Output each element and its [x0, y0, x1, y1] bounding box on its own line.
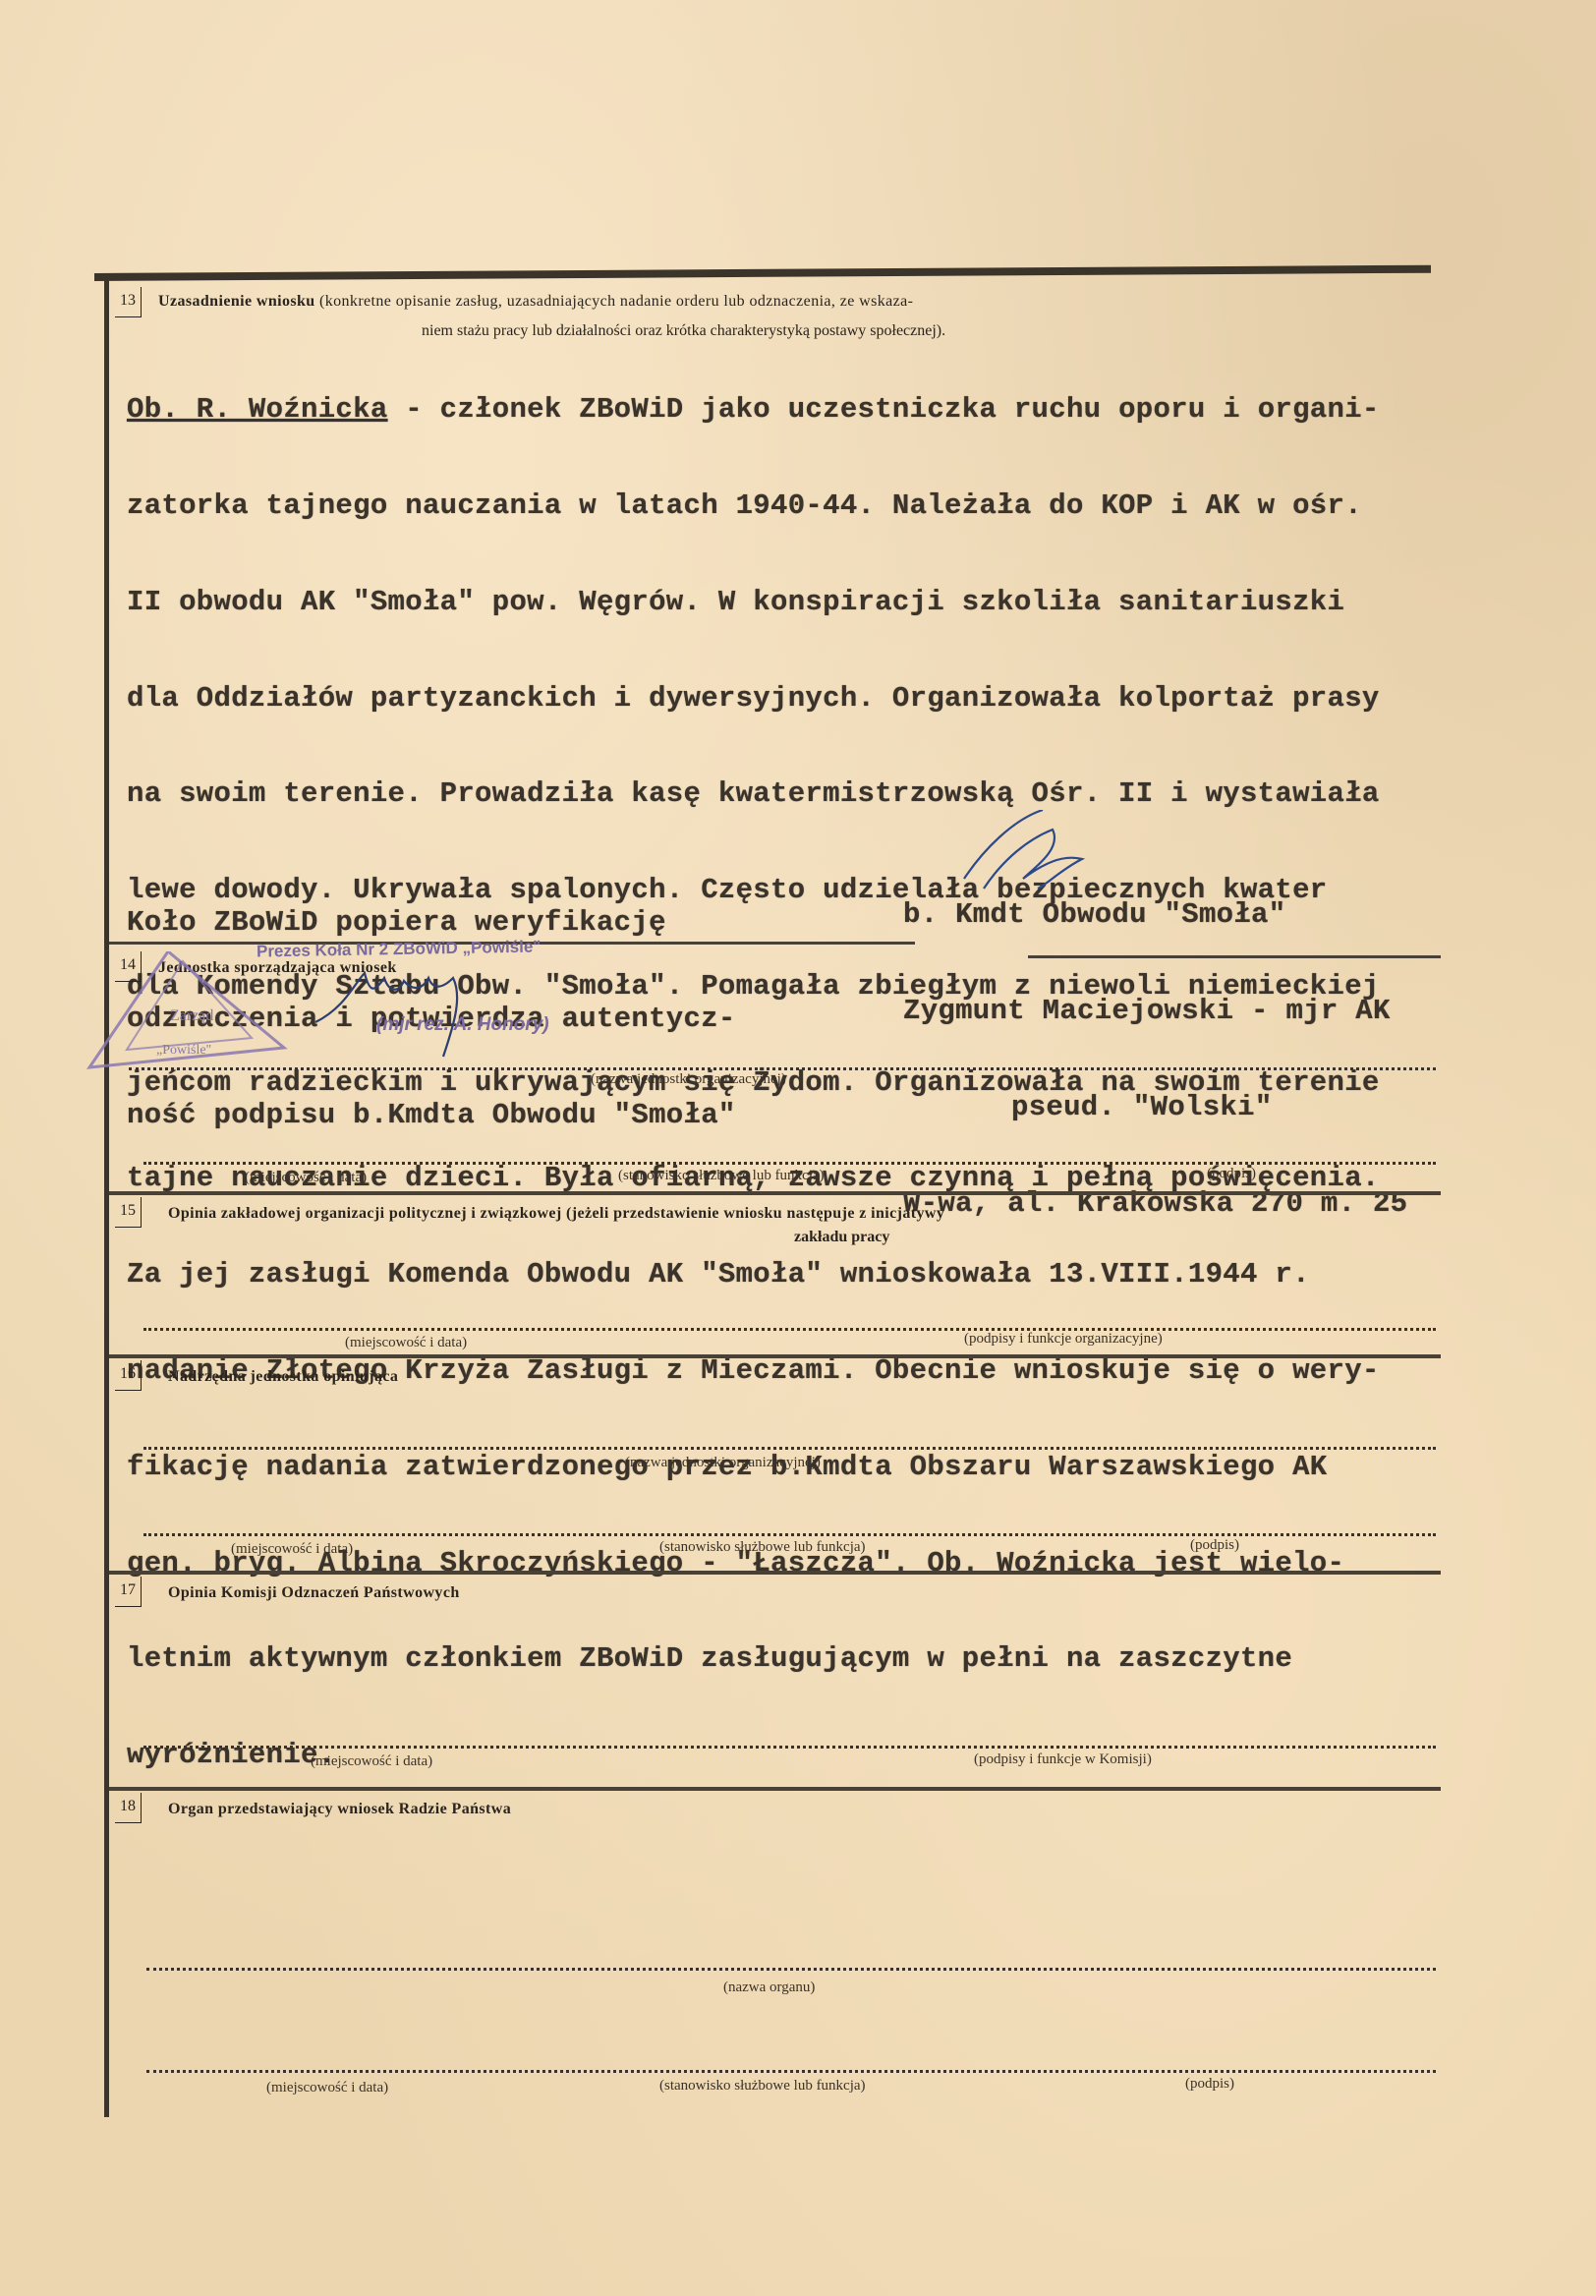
caption-position: (stanowisko służbowe lub funkcja): [618, 1168, 825, 1184]
signature-line: [143, 1162, 1436, 1165]
section-18: 18 Organ przedstawiający wniosek Radzie …: [109, 1793, 1441, 2107]
caption-place-date: (miejscowość i data): [345, 1335, 467, 1351]
section-13-title: Uzasadnienie wniosku: [158, 293, 315, 310]
signature-line: [146, 2070, 1436, 2073]
caption-signatures: (podpisy i funkcje organizacyjne): [964, 1331, 1163, 1348]
commander-handwritten-signature: [954, 810, 1092, 918]
candidate-name: Ob. R. Woźnicka: [127, 393, 388, 426]
section-13-description: (konkretne opisanie zasług, uzasadniając…: [319, 293, 913, 310]
caption-organ-name: (nazwa organu): [723, 1980, 815, 1996]
caption-unit-name: (nazwa jednostki organizacyjnej): [591, 1071, 786, 1088]
caption-position: (stanowisko służbowe lub funkcja): [659, 2078, 866, 2095]
section-17: 17 Opinia Komisji Odznaczeń Państwowych …: [109, 1577, 1441, 1773]
top-border: [94, 265, 1431, 281]
caption-unit-name: (nazwa jednostki organizacyjnej): [625, 1455, 821, 1471]
section-15-title: Opinia zakładowej organizacji polityczne…: [168, 1205, 944, 1223]
typed-line: Koło ZBoWiD popiera weryfikację: [127, 907, 736, 940]
caption-place-date: (miejscowość i data): [245, 1170, 367, 1186]
section-divider: [109, 1354, 1441, 1358]
section-17-title: Opinia Komisji Odznaczeń Państwowych: [168, 1584, 460, 1602]
typed-line: - członek ZBoWiD jako uczestniczka ruchu…: [388, 393, 1380, 426]
section-title: Uzasadnienie wniosku (konkretne opisanie…: [158, 293, 913, 311]
signature-line: [143, 1746, 1436, 1749]
section-16-title: Nadrzędna jednostka opiniująca: [168, 1368, 398, 1386]
signature-line: [143, 1328, 1436, 1331]
president-handwritten-signature: [306, 953, 492, 1062]
section-number: 16: [115, 1360, 142, 1391]
section-divider: [109, 1787, 1441, 1791]
section-number: 15: [115, 1197, 142, 1228]
section-15-title-2: zakładu pracy: [794, 1229, 889, 1246]
section-divider: [109, 1571, 1441, 1575]
award-application-form: 13 Uzasadnienie wniosku (konkretne opisa…: [104, 273, 1441, 2117]
caption-position: (stanowisko służbowe lub funkcja): [659, 1539, 866, 1556]
section-number: 18: [115, 1793, 142, 1823]
typed-line: II obwodu AK "Smoła" pow. Węgrów. W kons…: [127, 587, 1380, 619]
organ-name-line: [146, 1968, 1436, 1971]
typed-line: dla Oddziałów partyzanckich i dywersyjny…: [127, 683, 1380, 716]
section-16: 16 Nadrzędna jednostka opiniująca (nazwa…: [109, 1360, 1441, 1577]
section-number: 13: [115, 287, 142, 317]
caption-place-date: (miejscowość i data): [231, 1541, 353, 1558]
section-18-title: Organ przedstawiający wniosek Radzie Pań…: [168, 1801, 511, 1818]
caption-signature: (podpis): [1190, 1537, 1239, 1554]
caption-signature: (podpis): [1185, 2076, 1234, 2093]
caption-signature: (podpis): [1207, 1166, 1256, 1182]
triangular-stamp: Zarząd „Powiśle": [80, 951, 296, 1079]
caption-place-date: (miejscowość i data): [266, 2080, 388, 2096]
signature-line: [143, 1533, 1436, 1536]
section-number: 17: [115, 1577, 142, 1607]
caption-place-date: (miejscowość i data): [311, 1753, 432, 1770]
stamp-text: Zarząd: [170, 1007, 213, 1024]
typed-line: zatorka tajnego nauczania w latach 1940-…: [127, 490, 1380, 523]
section-divider: [109, 1191, 1441, 1195]
caption-signatures-commission: (podpisy i funkcje w Komisji): [974, 1751, 1152, 1768]
svg-text:„Powiśle": „Powiśle": [156, 1043, 211, 1058]
typed-line: na swoim terenie. Prowadziła kasę kwater…: [127, 778, 1380, 811]
unit-name-line: [129, 1067, 1436, 1070]
section-13: 13 Uzasadnienie wniosku (konkretne opisa…: [109, 287, 1441, 926]
unit-name-line: [143, 1447, 1436, 1450]
